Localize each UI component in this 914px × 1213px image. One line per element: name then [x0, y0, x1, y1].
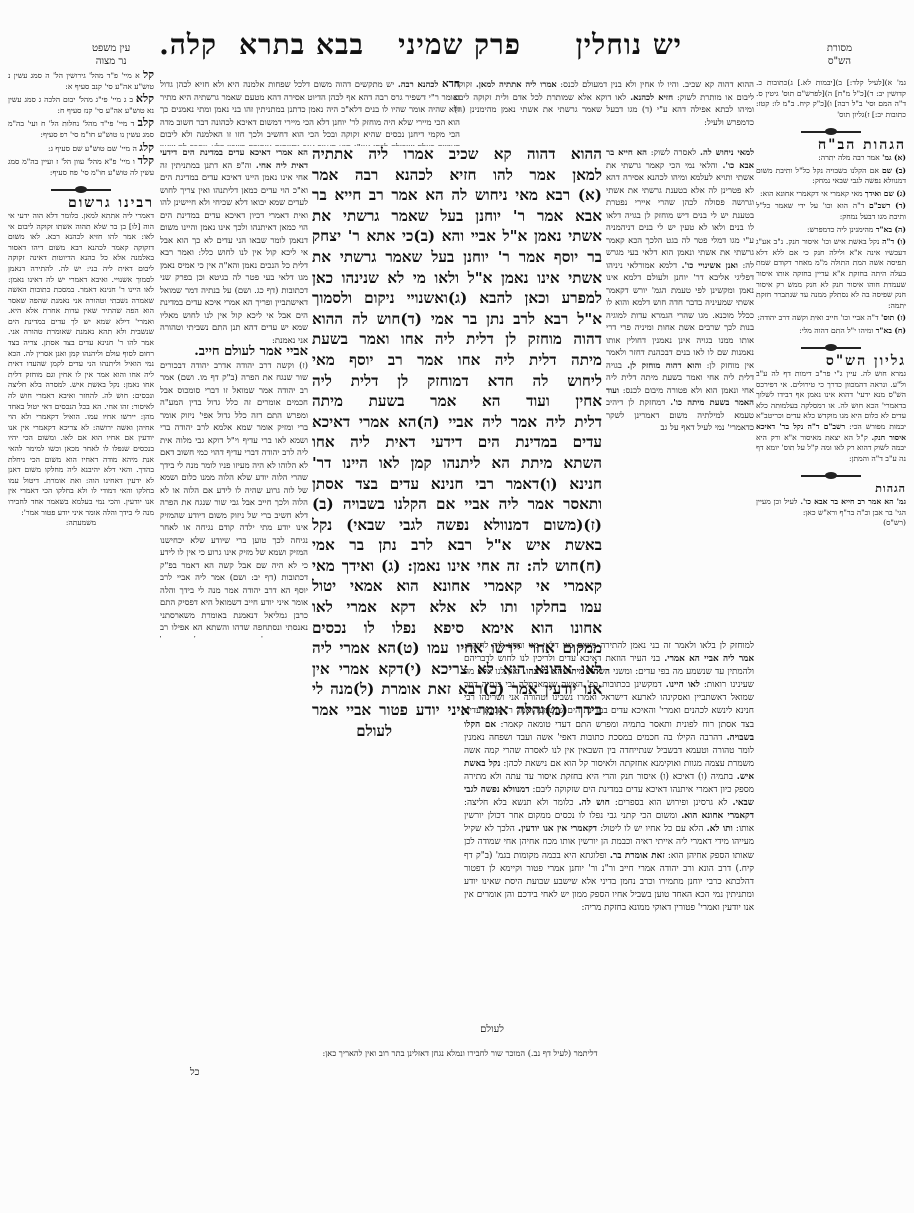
ein-mishpat-entry: קלד ו מיי' פ"א מהל' עוון הל' ז ועיין בה"… — [8, 156, 154, 178]
catchword: כל — [190, 1067, 200, 1078]
gemara-line: (א) רבא מאי ניחוש לה הא אמר רב חייא בר — [312, 185, 602, 206]
header-masechet: בבא בתרא — [239, 28, 364, 62]
gemara-line: אחין ועוד הא אמר בשעת מיתה — [312, 391, 602, 412]
gemara-line: (ז)(משום דמנוולא נפשה לגבי שבאי) נקל — [312, 515, 602, 536]
gemara-line: למאן אמר להו חזיא לכהנא רבה אמר — [312, 165, 602, 186]
tosafot-column: הא אמרי דאיכא עדים במדינת הים דידעי דאית… — [160, 146, 308, 638]
right-margin-column: גמ' א)[לעיל קלד:] ב)[יבמות לא.] ג)כתובות… — [756, 78, 906, 529]
gemara-line: חנינא (ו)דאמר רבי חנינא עדים בצד אסתן — [312, 474, 602, 495]
rashbam-upper: ההוא דהוה קא שכיב. והיו לו אחין ולא בנין… — [454, 78, 754, 146]
masoret-hashas-title: מסורת הש"ס — [827, 42, 852, 68]
hagahot-entry: (ו) ד"ה נקל באשת איש וכו' איסור חנק. נ"ב… — [756, 237, 906, 311]
gemara-line: אשתי אינו נאמן א"ל ולאו מי לא שנינהו כאן — [312, 268, 602, 289]
rabbeinu-gershom-text: דאמרי ליה אתתא למאן. כלומר דלא הוה ידעי … — [8, 211, 154, 518]
hagahot-entry: (ז) תוס' ד"ה אביי וכו' חייב ואית וקשה דר… — [756, 313, 906, 324]
gemara-line: עדים במדינת הים דידעי דאית ליה אחו — [312, 432, 602, 453]
rashbam-column: למאי ניחוש לה. לאסרה לשוק: הא חייא בר אב… — [606, 146, 754, 638]
tosafot-dibur-abaye: אביי אמר לעולם חייב. — [160, 346, 308, 359]
hagahot-entry: (ה) בא"ד מהימנינן ליה כדמפרש: — [756, 225, 906, 236]
ornament-divider-icon — [801, 344, 861, 352]
hagahot-entry: (א) גמ' אמר רבה מלה יתרה: — [756, 153, 906, 164]
hagahot-signature: (רש"ס) — [756, 518, 906, 529]
tosafot-heading: חדא — [442, 78, 460, 90]
ein-mishpat-title: עין משפט נר מצוה — [92, 42, 130, 68]
ornament-divider-icon — [51, 186, 111, 194]
gemara-line: ההוא דהוה קא שכיב אמרו ליה אתתיה — [312, 144, 602, 165]
rabbeinu-gershom-title: רבינו גרשום — [8, 198, 154, 209]
ein-mishpat-entry: קלב ד מיי' פי"ד מהל' נחלות הל' ח ועי' בה… — [8, 118, 154, 140]
left-margin-column: קל א מיי' פ"ד מהל' גירושין הל' ה סמג עשי… — [8, 70, 154, 529]
hagahot-habach-title: הגהות הב"ח — [756, 140, 906, 151]
gemara-line: א"ל רבא לרב נתן בר אמי (ד)חוש לה ההוא — [312, 309, 602, 330]
hagahot-entry: (ב) שם אם הקלנו בשבויה נקל כל"ל ותיבת מש… — [756, 166, 906, 187]
gemara-line: ליחוש לה חדא דמוחזק לן דלית ליה — [312, 371, 602, 392]
gemara-line: למפרע וכאן להבא (ג)ואשנויי ניקום ולסמוך — [312, 288, 602, 309]
gemara-line: דהוה מוחזק לן דלית ליה אחו ואמר בשעת — [312, 329, 602, 350]
rashbam-lower-end-word: לעולם — [480, 1024, 504, 1035]
rabbeinu-gershom-end: משמעתה: — [8, 518, 154, 529]
ein-mishpat-entry: קלא ב ג מיי' פי"ג מהל' יבום הלכה ג סמג ע… — [8, 94, 154, 116]
gemara-line: דלית ליה אמר ליה אביי (ה)הא אמרי דאיכא — [312, 412, 602, 433]
gemara-line: אחונו הוא אימא סיפא נפלו לו נכסים — [312, 618, 602, 639]
ornament-divider-icon — [801, 472, 861, 480]
rashbam-lower: למוחזק לן בלאו ולאמר זה בני נאמן להתירה … — [464, 640, 754, 1060]
hagahot-entry: (ד) רשב"ם ד"ה הוא וכו' על ידי שאמר כל"ל … — [756, 201, 906, 222]
gemara-line: אבא אמר ר' יוחנן בעל שאמר גרשתי את — [312, 206, 602, 227]
hagahot-text: גמ' הא אמר רב חייא בר אבא כו'. לעיל וכן … — [756, 497, 906, 518]
gemara-line: השתא מיתת הא ליתנהו קמן לאו היינו דר' — [312, 453, 602, 474]
header-perek-number: פרק שמיני — [398, 28, 521, 62]
gemara-line: בר יוסף אמר ר' יוחנן בעל שאמר גרשתי את — [312, 247, 602, 268]
footnote-text: דליתמר (לעיל דף נב.) המוכר שור לחבירו ונ… — [245, 1047, 675, 1059]
tosafot-upper: חדא לכהנא רבה. יש מתקשים דהוה משום דלכל … — [160, 78, 460, 146]
header-daf: קלה. — [159, 28, 217, 62]
gemara-line: אשתי נאמן א"ל אביי והא (ב)כי אתא ר' יצחק — [312, 226, 602, 247]
gemara-line: (ח)חוש לה: זה אחי אינו נאמן: (ג) ואידך מ… — [312, 556, 602, 577]
hagahot-title: הגהות — [756, 484, 906, 495]
gemara-line: קאמרי אי קאמרי אחונא הוא אמאי יטול — [312, 576, 602, 597]
gemara-line: ותאסר אמר ליה אביי אם הקלנו בשבויה (ב) — [312, 494, 602, 515]
ein-mishpat-entry: קלג ה מיי' שם טוש"ע שם סעיף ג: — [8, 143, 154, 155]
gilyon-hashas-text: גמרא חוש לה. עיין ג"י פר"ב דימות דף לה ע… — [756, 369, 906, 464]
hagahot-entry: (ח) בא"ד ומיהו י"ל התם דהוה מלי: — [756, 326, 906, 337]
ein-mishpat-entry: קל א מיי' פ"ד מהל' גירושין הל' ה סמג עשי… — [8, 70, 154, 92]
gemara-line: מיתה דלית ליה אחו אמר רב יוסף מאי — [312, 350, 602, 371]
hagahot-entry: (ג) שם ואידך מאי קאמרי אי דקאמרי אחונא ה… — [756, 189, 906, 200]
gemara-line: עמו בחלקו ותו לא אלא דקא אמרי לאו — [312, 597, 602, 618]
gilyon-hashas-title: גליון הש"ס — [756, 356, 906, 367]
gemara-line: באשת איש א"ל רבא לרב נתן בר אמי — [312, 535, 602, 556]
ornament-divider-icon — [801, 128, 861, 136]
masoret-hashas-text: גמ' א)[לעיל קלד:] ב)[יבמות לא.] ג)כתובות… — [756, 78, 906, 120]
header-perek-name: יש נוחלין — [576, 28, 682, 62]
